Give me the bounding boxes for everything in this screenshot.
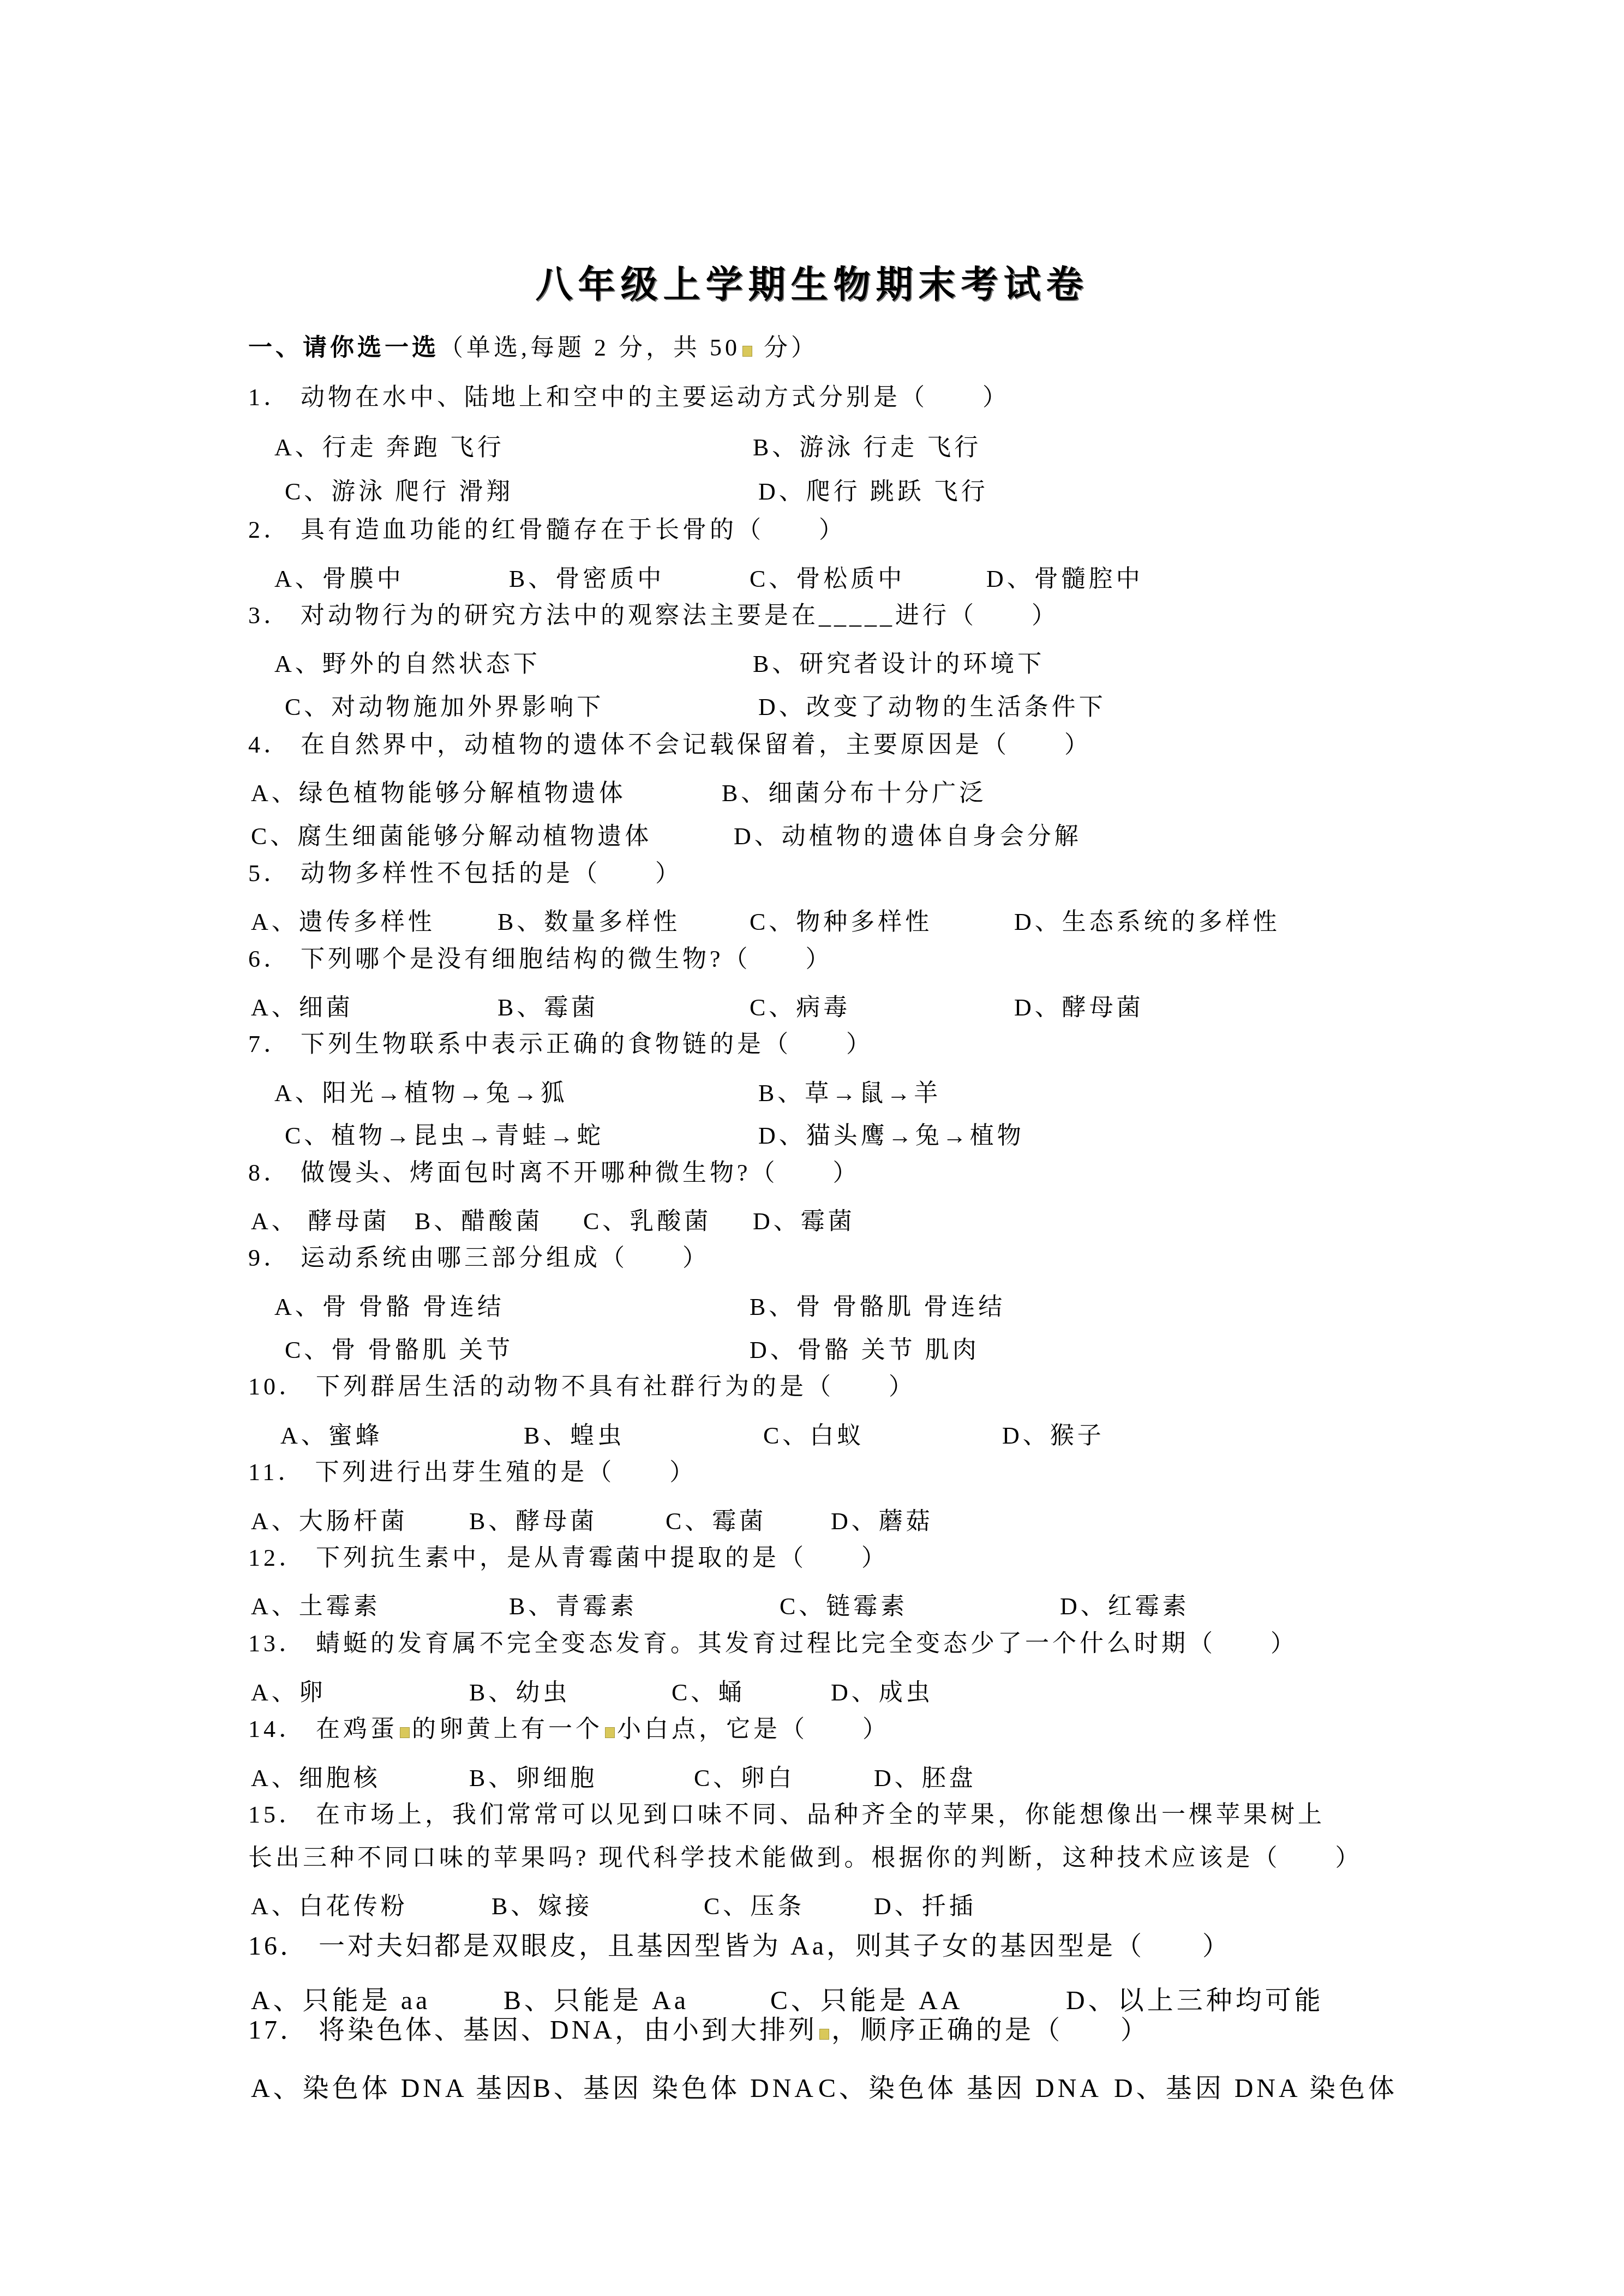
question-13-option-c: C、蛹 bbox=[672, 1673, 745, 1708]
question-13-option-d: D、成虫 bbox=[831, 1673, 933, 1708]
question-3-options-line: A、野外的自然状态下B、研究者设计的环境下 bbox=[0, 644, 1624, 679]
question-12-option-a: A、土霉素 bbox=[251, 1586, 381, 1621]
question-14-option-c: C、卵白 bbox=[694, 1758, 795, 1793]
question-11-option-b: B、酵母菌 bbox=[469, 1501, 597, 1536]
question-12-option-d: D、红霉素 bbox=[1060, 1586, 1190, 1621]
question-9-stem: 9．运动系统由哪三部分组成（ ） bbox=[248, 1244, 710, 1273]
question-10-stem: 10．下列群居生活的动物不具有社群行为的是（ ） bbox=[248, 1373, 916, 1402]
question-9-option-c: C、骨 骨骼肌 关节 bbox=[285, 1330, 513, 1365]
text-segment: 运动系统由哪三部分组成（ ） bbox=[301, 1245, 710, 1271]
question-8-stem: 8．做馒头、烤面包时离不开哪种微生物?（ ） bbox=[248, 1159, 860, 1188]
text-segment: ，顺序正确的是（ ） bbox=[831, 2016, 1149, 2045]
text-segment: 的卵黄上有一个 bbox=[412, 1716, 603, 1742]
question-3-option-d: D、改变了动物的生活条件下 bbox=[758, 687, 1106, 722]
question-1-option-c: C、游泳 爬行 滑翔 bbox=[285, 472, 513, 507]
text-segment: 动物在水中、陆地上和空中的主要运动方式分别是（ ） bbox=[301, 384, 1010, 411]
question-16-stem: 16．一对夫妇都是双眼皮，且基因型皆为 Aa，则其子女的基因型是（ ） bbox=[248, 1931, 1231, 1962]
question-17-number: 17． bbox=[248, 2016, 309, 2045]
question-10-option-a: A、蜜蜂 bbox=[280, 1416, 383, 1451]
question-14-number: 14． bbox=[248, 1716, 306, 1742]
question-12-option-c: C、链霉素 bbox=[780, 1586, 908, 1621]
question-13-option-b: B、幼虫 bbox=[469, 1673, 570, 1708]
text-segment: 长出三种不同口味的苹果吗? 现代科学技术能做到。根据你的判断，这种技术应该是（ … bbox=[248, 1844, 1363, 1871]
question-9-options-line: A、骨 骨骼 骨连结B、骨 骨骼肌 骨连结 bbox=[0, 1287, 1624, 1322]
question-10-options-line: A、蜜蜂B、蝗虫C、白蚁D、猴子 bbox=[0, 1416, 1624, 1451]
page-title: 八年级上学期生物期末考试卷 bbox=[0, 255, 1624, 308]
question-11-options-line: A、大肠杆菌B、酵母菌C、霉菌D、蘑菇 bbox=[0, 1501, 1624, 1536]
question-2-options-line: A、骨膜中B、骨密质中C、骨松质中D、骨髓腔中 bbox=[0, 559, 1624, 594]
question-5-option-c: C、物种多样性 bbox=[750, 902, 932, 937]
question-15-stem: 长出三种不同口味的苹果吗? 现代科学技术能做到。根据你的判断，这种技术应该是（ … bbox=[248, 1844, 1363, 1873]
question-17-option-c: C、染色体 基因 DNA bbox=[818, 2067, 1102, 2105]
text-segment: 蜻蜓的发育属不完全变态发育。其发育过程比完全变态少了一个什么时期（ ） bbox=[316, 1630, 1298, 1657]
question-7-option-a: A、阳光→植物→兔→狐 bbox=[274, 1073, 568, 1108]
question-1-option-b: B、游泳 行走 飞行 bbox=[753, 428, 981, 462]
question-13-stem: 13．蜻蜓的发育属不完全变态发育。其发育过程比完全变态少了一个什么时期（ ） bbox=[248, 1630, 1298, 1658]
question-17-option-b: B、基因 染色体 DNA bbox=[533, 2067, 817, 2105]
question-6-stem: 6．下列哪个是没有细胞结构的微生物?（ ） bbox=[248, 945, 833, 974]
question-17-option-a: A、染色体 DNA 基因 bbox=[251, 2067, 535, 2105]
question-7-number: 7． bbox=[248, 1031, 291, 1057]
question-3-options-line: C、对动物施加外界影响下D、改变了动物的生活条件下 bbox=[0, 687, 1624, 722]
question-8-option-d: D、霉菌 bbox=[753, 1201, 855, 1236]
question-13-option-a: A、卵 bbox=[251, 1673, 326, 1708]
question-5-options-line: A、遗传多样性B、数量多样性C、物种多样性D、生态系统的多样性 bbox=[0, 902, 1624, 937]
question-6-option-a: A、细菌 bbox=[251, 988, 353, 1023]
question-11-option-c: C、霉菌 bbox=[666, 1501, 766, 1536]
question-6-option-c: C、病毒 bbox=[750, 988, 850, 1023]
question-11-stem: 11．下列进行出芽生殖的是（ ） bbox=[248, 1458, 697, 1487]
question-4-number: 4． bbox=[248, 731, 291, 758]
section-heading-bold: 一、请你选一选 bbox=[248, 334, 439, 361]
question-6-number: 6． bbox=[248, 946, 291, 972]
exam-paper-page: 八年级上学期生物期末考试卷 一、请你选一选（单选,每题 2 分，共 50 分） … bbox=[0, 0, 1624, 2296]
question-10-option-d: D、猴子 bbox=[1002, 1416, 1105, 1451]
question-12-options-line: A、土霉素B、青霉素C、链霉素D、红霉素 bbox=[0, 1586, 1624, 1621]
question-7-option-d: D、猫头鹰→兔→植物 bbox=[758, 1116, 1024, 1151]
text-segment: 在自然界中，动植物的遗体不会记载保留着，主要原因是（ ） bbox=[301, 731, 1092, 758]
question-6-option-d: D、酵母菌 bbox=[1014, 988, 1144, 1023]
question-17-stem: 17．将染色体、基因、DNA，由小到大排列，顺序正确的是（ ） bbox=[248, 2015, 1149, 2046]
question-7-stem: 7．下列生物联系中表示正确的食物链的是（ ） bbox=[248, 1030, 873, 1059]
highlight-artifact bbox=[605, 1727, 615, 1738]
question-3-option-b: B、研究者设计的环境下 bbox=[753, 644, 1045, 679]
section-heading-rest: （单选,每题 2 分，共 50 分） bbox=[439, 334, 818, 361]
question-16-option-d: D、以上三种均可能 bbox=[1066, 1979, 1324, 2017]
question-16-option-a: A、只能是 aa bbox=[251, 1979, 430, 2017]
question-16-option-b: B、只能是 Aa bbox=[504, 1979, 689, 2017]
question-13-options-line: A、卵B、幼虫C、蛹D、成虫 bbox=[0, 1673, 1624, 1708]
question-2-option-c: C、骨松质中 bbox=[750, 559, 905, 594]
question-3-number: 3． bbox=[248, 602, 291, 629]
question-2-option-a: A、骨膜中 bbox=[274, 559, 404, 594]
question-9-number: 9． bbox=[248, 1245, 291, 1271]
text-segment: 将染色体、基因、DNA，由小到大排列 bbox=[319, 2016, 817, 2045]
question-10-number: 10． bbox=[248, 1373, 306, 1400]
question-17-options-line: A、染色体 DNA 基因B、基因 染色体 DNAC、染色体 基因 DNAD、基因… bbox=[0, 2067, 1624, 2102]
question-12-stem: 12．下列抗生素中，是从青霉菌中提取的是（ ） bbox=[248, 1544, 889, 1573]
question-11-number: 11． bbox=[248, 1459, 305, 1486]
question-2-option-d: D、骨髓腔中 bbox=[986, 559, 1143, 594]
section-heading: 一、请你选一选（单选,每题 2 分，共 50 分） bbox=[248, 334, 818, 363]
question-1-number: 1． bbox=[248, 384, 291, 411]
question-3-option-c: C、对动物施加外界影响下 bbox=[285, 687, 604, 722]
question-4-stem: 4．在自然界中，动植物的遗体不会记载保留着，主要原因是（ ） bbox=[248, 731, 1092, 760]
question-12-number: 12． bbox=[248, 1544, 306, 1571]
question-17-option-d: D、基因 DNA 染色体 bbox=[1114, 2067, 1398, 2105]
question-1-options-line: C、游泳 爬行 滑翔D、爬行 跳跃 飞行 bbox=[0, 472, 1624, 507]
question-15-number: 15． bbox=[248, 1801, 306, 1828]
question-2-option-b: B、骨密质中 bbox=[509, 559, 664, 594]
question-4-options-line: C、腐生细菌能够分解动植物遗体D、动植物的遗体自身会分解 bbox=[0, 816, 1624, 851]
question-9-option-b: B、骨 骨骼肌 骨连结 bbox=[750, 1287, 1005, 1322]
text-segment: 小白点，它是（ ） bbox=[617, 1716, 890, 1742]
text-segment: 动物多样性不包括的是（ ） bbox=[301, 860, 682, 887]
text-segment: 下列群居生活的动物不具有社群行为的是（ ） bbox=[316, 1373, 916, 1400]
question-13-number: 13． bbox=[248, 1630, 306, 1657]
text-segment: 下列进行出芽生殖的是（ ） bbox=[315, 1459, 697, 1486]
question-5-number: 5． bbox=[248, 860, 291, 887]
question-3-option-a: A、野外的自然状态下 bbox=[274, 644, 541, 679]
question-16-number: 16． bbox=[248, 1932, 309, 1961]
question-7-option-b: B、草→鼠→羊 bbox=[758, 1073, 941, 1108]
question-1-stem: 1．动物在水中、陆地上和空中的主要运动方式分别是（ ） bbox=[248, 383, 1010, 412]
question-14-option-a: A、细胞核 bbox=[251, 1758, 381, 1793]
question-2-stem: 2．具有造血功能的红骨髓存在于长骨的（ ） bbox=[248, 516, 846, 545]
question-2-number: 2． bbox=[248, 516, 291, 543]
question-14-option-d: D、胚盘 bbox=[874, 1758, 976, 1793]
question-16-option-c: C、只能是 AA bbox=[770, 1979, 963, 2017]
question-4-option-b: B、细菌分布十分广泛 bbox=[722, 773, 986, 808]
question-8-option-b: B、醋酸菌 bbox=[415, 1201, 543, 1236]
text-segment: 下列哪个是没有细胞结构的微生物?（ ） bbox=[301, 946, 833, 972]
question-15-options-line: A、白花传粉B、嫁接C、压条D、扦插 bbox=[0, 1886, 1624, 1921]
text-segment: 分） bbox=[754, 334, 818, 361]
highlight-artifact bbox=[400, 1727, 410, 1738]
question-15-option-b: B、嫁接 bbox=[492, 1886, 592, 1921]
question-8-number: 8． bbox=[248, 1159, 291, 1186]
question-6-option-b: B、霉菌 bbox=[498, 988, 598, 1023]
text-segment: 下列抗生素中，是从青霉菌中提取的是（ ） bbox=[316, 1544, 889, 1571]
question-5-option-d: D、生态系统的多样性 bbox=[1014, 902, 1280, 937]
question-9-options-line: C、骨 骨骼肌 关节D、骨骼 关节 肌肉 bbox=[0, 1330, 1624, 1365]
question-1-options-line: A、行走 奔跑 飞行B、游泳 行走 飞行 bbox=[0, 428, 1624, 462]
question-14-options-line: A、细胞核B、卵细胞C、卵白D、胚盘 bbox=[0, 1758, 1624, 1793]
question-10-option-c: C、白蚁 bbox=[763, 1416, 864, 1451]
question-7-options-line: A、阳光→植物→兔→狐B、草→鼠→羊 bbox=[0, 1073, 1624, 1108]
question-4-option-c: C、腐生细菌能够分解动植物遗体 bbox=[251, 816, 652, 851]
highlight-artifact bbox=[742, 346, 752, 357]
question-10-option-b: B、蝗虫 bbox=[524, 1416, 625, 1451]
question-6-options-line: A、细菌B、霉菌C、病毒D、酵母菌 bbox=[0, 988, 1624, 1023]
text-segment: 下列生物联系中表示正确的食物链的是（ ） bbox=[301, 1031, 873, 1057]
question-9-option-a: A、骨 骨骼 骨连结 bbox=[274, 1287, 505, 1322]
text-segment: 做馒头、烤面包时离不开哪种微生物?（ ） bbox=[301, 1159, 860, 1186]
question-1-option-d: D、爬行 跳跃 飞行 bbox=[758, 472, 988, 507]
question-12-option-b: B、青霉素 bbox=[509, 1586, 637, 1621]
question-9-option-d: D、骨骼 关节 肌肉 bbox=[750, 1330, 980, 1365]
highlight-artifact bbox=[819, 2029, 829, 2040]
question-15-option-a: A、白花传粉 bbox=[251, 1886, 408, 1921]
question-4-options-line: A、绿色植物能够分解植物遗体B、细菌分布十分广泛 bbox=[0, 773, 1624, 808]
question-8-option-c: C、乳酸菌 bbox=[583, 1201, 711, 1236]
question-7-option-c: C、植物→昆虫→青蛙→蛇 bbox=[285, 1116, 604, 1151]
question-16-options-line: A、只能是 aaB、只能是 AaC、只能是 AAD、以上三种均可能 bbox=[0, 1979, 1624, 2014]
question-11-option-a: A、大肠杆菌 bbox=[251, 1501, 408, 1536]
question-5-option-b: B、数量多样性 bbox=[498, 902, 680, 937]
question-5-option-a: A、遗传多样性 bbox=[251, 902, 435, 937]
question-15-option-d: D、扦插 bbox=[874, 1886, 976, 1921]
question-1-option-a: A、行走 奔跑 飞行 bbox=[274, 428, 505, 462]
question-15-stem: 15．在市场上，我们常常可以见到口味不同、品种齐全的苹果，你能想像出一棵苹果树上 bbox=[248, 1801, 1325, 1830]
question-14-option-b: B、卵细胞 bbox=[469, 1758, 597, 1793]
text-segment: 对动物行为的研究方法中的观察法主要是在_____进行（ ） bbox=[301, 602, 1059, 629]
question-15-option-c: C、压条 bbox=[704, 1886, 805, 1921]
question-4-option-a: A、绿色植物能够分解植物遗体 bbox=[251, 773, 626, 808]
question-8-option-a: A、 酵母菌 bbox=[251, 1201, 390, 1236]
question-7-options-line: C、植物→昆虫→青蛙→蛇D、猫头鹰→兔→植物 bbox=[0, 1116, 1624, 1151]
text-segment: 在市场上，我们常常可以见到口味不同、品种齐全的苹果，你能想像出一棵苹果树上 bbox=[316, 1801, 1325, 1828]
text-segment: （单选,每题 2 分，共 50 bbox=[439, 334, 740, 361]
question-3-stem: 3．对动物行为的研究方法中的观察法主要是在_____进行（ ） bbox=[248, 602, 1059, 630]
question-11-option-d: D、蘑菇 bbox=[831, 1501, 933, 1536]
question-14-stem: 14．在鸡蛋的卵黄上有一个小白点，它是（ ） bbox=[248, 1715, 890, 1744]
question-4-option-d: D、动植物的遗体自身会分解 bbox=[734, 816, 1082, 851]
question-8-options-line: A、 酵母菌B、醋酸菌C、乳酸菌D、霉菌 bbox=[0, 1201, 1624, 1236]
question-5-stem: 5．动物多样性不包括的是（ ） bbox=[248, 860, 682, 888]
text-segment: 一对夫妇都是双眼皮，且基因型皆为 Aa，则其子女的基因型是（ ） bbox=[319, 1932, 1231, 1961]
text-segment: 在鸡蛋 bbox=[316, 1716, 398, 1742]
text-segment: 具有造血功能的红骨髓存在于长骨的（ ） bbox=[301, 516, 846, 543]
